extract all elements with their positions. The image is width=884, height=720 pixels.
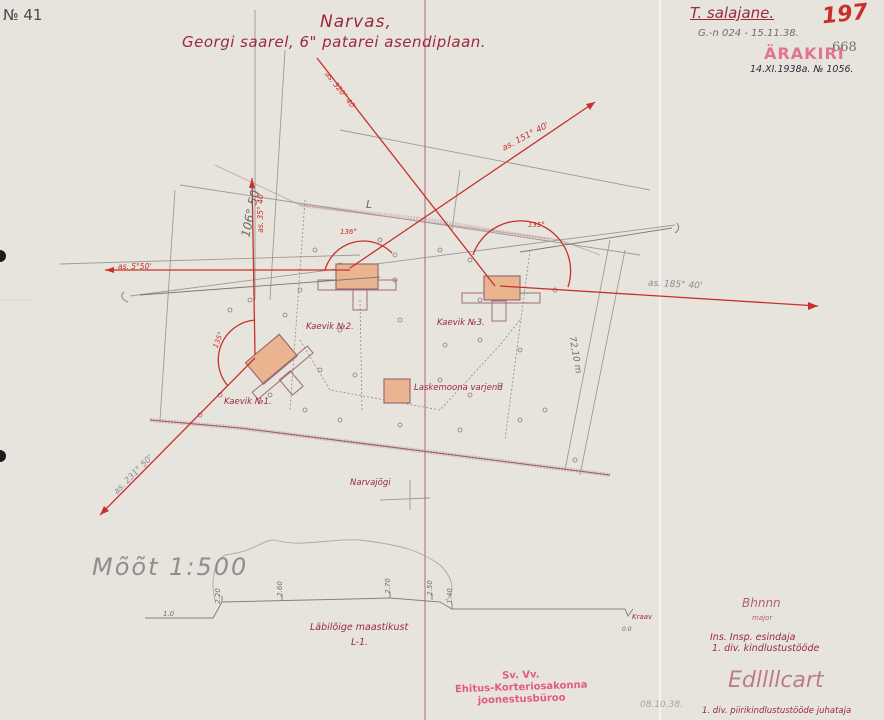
signature-date: 08.10.38.	[640, 700, 683, 710]
scale-label: Mõõt 1:500	[92, 553, 248, 581]
trench-label: Kaevik №1.	[224, 397, 272, 407]
signature-scribble: Edllllcart	[728, 668, 824, 693]
height-label: 1.0	[163, 610, 174, 618]
height-label: 2.20	[214, 588, 222, 604]
document-number: № 41	[3, 6, 42, 24]
ditch-label: Kraav	[632, 613, 652, 621]
signatory-role-1a: Ins. Insp. esindaja	[710, 632, 795, 643]
copy-stamp: ÄRAKIRI	[764, 44, 845, 63]
arc-angle: 135°	[528, 221, 545, 229]
ammo-shelter-label: Laskemoona varjend	[414, 383, 503, 393]
ditch-depth: 0.0	[622, 626, 632, 633]
title-location: Narvas,	[320, 12, 392, 32]
scanned-document-sheet: № 41 Narvas, Georgi saarel, 6" patarei a…	[0, 0, 884, 720]
registry-date: 14.XI.1938a. № 1056.	[750, 64, 854, 75]
bearing-label: as. 5°50'	[118, 262, 151, 271]
classification-label: T. salajane.	[690, 4, 774, 22]
river-label: Narvajõgi	[350, 478, 391, 488]
trench-label: Kaevik №3.	[437, 318, 485, 328]
emplacement-2-fill	[336, 264, 378, 289]
signatory-role-2: 1. div. piirikindlustustööde juhataja	[702, 706, 851, 716]
height-label: 2.60	[276, 581, 284, 597]
height-label: 1.40	[446, 588, 454, 604]
cross-section-subtitle: L-1.	[351, 637, 368, 648]
signature-scribble: Вhnnn	[742, 596, 781, 610]
registry-note: G.-n 024 - 15.11.38.	[698, 28, 799, 39]
bearing-label: as. 35° 40'	[256, 192, 265, 233]
height-label: 2.70	[384, 578, 392, 594]
trench-label: Kaevik №2.	[306, 322, 354, 332]
plan-drawing	[0, 0, 884, 720]
title-description: Georgi saarel, 6" patarei asendiplaan.	[182, 33, 486, 51]
cross-section-title: Läbilõige maastikust	[310, 622, 408, 633]
signatory-role-1b: 1. div. kindlustustööde	[712, 643, 819, 654]
office-stamp: Sv. Vv. Ehitus-Korteriosakonna joonestus…	[454, 668, 588, 709]
cross-section-marker: L	[366, 198, 372, 211]
arc-angle: 136°	[340, 228, 357, 236]
signature-rank: major	[752, 614, 772, 622]
height-label: 2.50	[426, 580, 434, 596]
ammo-shelter-fill	[384, 379, 410, 403]
sheet-number: 197	[821, 0, 869, 29]
